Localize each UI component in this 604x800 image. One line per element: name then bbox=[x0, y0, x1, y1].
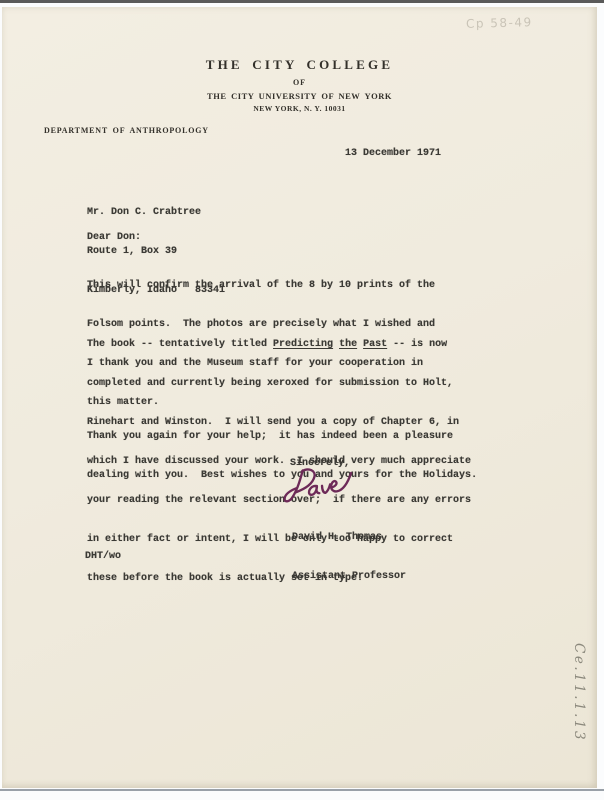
typed-line: these before the book is actually set in… bbox=[87, 572, 471, 585]
letterhead-university: THE CITY UNIVERSITY OF NEW YORK bbox=[2, 91, 597, 101]
salutation: Dear Don: bbox=[87, 231, 141, 244]
typed-line: completed and currently being xeroxed fo… bbox=[87, 377, 471, 390]
typed-line: The book -- tentatively titled Predictin… bbox=[87, 338, 471, 351]
letterhead-of: OF bbox=[2, 78, 597, 87]
scan-edge-top bbox=[0, 0, 604, 3]
typed-line: in either fact or intent, I will be only… bbox=[87, 533, 471, 546]
scan-edge-bottom bbox=[0, 789, 604, 791]
letterhead-address: NEW YORK, N. Y. 10031 bbox=[2, 104, 597, 113]
line-text: -- is now bbox=[387, 339, 447, 350]
letter-paper: Cp 58-49 THE CITY COLLEGE OF THE CITY UN… bbox=[2, 7, 597, 788]
signature-block: David H. Thomas Assistant Professor bbox=[292, 505, 406, 609]
typed-line: Thank you again for your help; it has in… bbox=[87, 430, 477, 443]
letterhead-department: DEPARTMENT OF ANTHROPOLOGY bbox=[44, 126, 209, 135]
signature-dave bbox=[277, 463, 361, 511]
scanned-letter: Cp 58-49 THE CITY COLLEGE OF THE CITY UN… bbox=[0, 0, 604, 800]
catalog-number: Ce.11.1.13 bbox=[571, 643, 587, 768]
letterhead-institution: THE CITY COLLEGE bbox=[2, 57, 597, 73]
typed-line: This will confirm the arrival of the 8 b… bbox=[87, 279, 435, 292]
book-title-word: Past bbox=[363, 339, 387, 350]
letter-date: 13 December 1971 bbox=[345, 147, 441, 160]
book-title-word: Predicting bbox=[273, 339, 333, 350]
book-title-word: the bbox=[339, 339, 357, 350]
signer-name: David H. Thomas bbox=[292, 531, 406, 544]
line-text: The book -- tentatively titled bbox=[87, 339, 273, 350]
recipient-name: Mr. Don C. Crabtree bbox=[87, 206, 225, 219]
signer-title: Assistant Professor bbox=[292, 570, 406, 583]
pencil-note: Cp 58-49 bbox=[466, 15, 533, 31]
reference-initials: DHT/wo bbox=[85, 550, 121, 563]
